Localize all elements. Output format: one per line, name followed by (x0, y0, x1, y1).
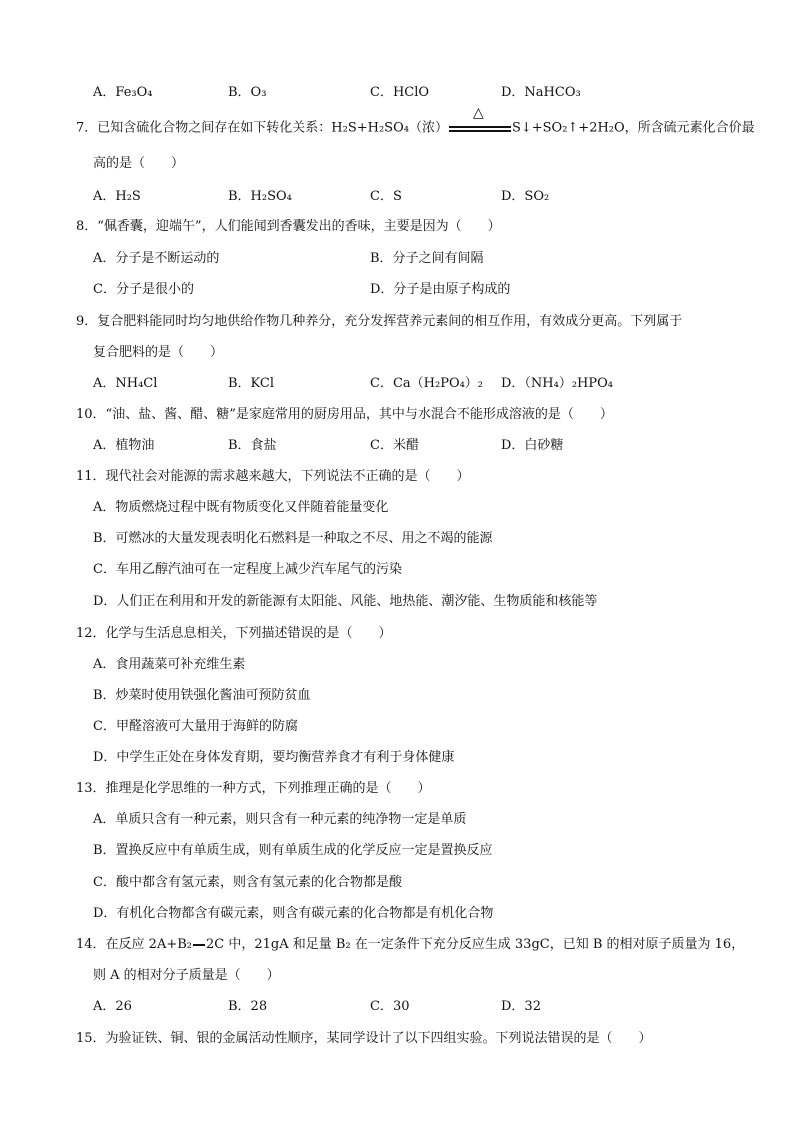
q14-option-a: A．26 (93, 999, 132, 1015)
q11-option-b: B．可燃冰的大量发现表明化石燃料是一种取之不尽、用之不竭的能源 (93, 531, 493, 547)
q8-option-a: A．分子是不断运动的 (93, 251, 219, 267)
q7-option-d: D．SO₂ (501, 189, 549, 205)
q10-stem: 10．“油、盐、酱、醋、糖”是家庭常用的厨房用品，其中与水混合不能形成溶液的是（… (76, 407, 613, 423)
q10-option-c: C．米醋 (370, 438, 419, 454)
delta-heat-icon: △ (473, 106, 484, 120)
q11-option-c: C．车用乙醇汽油可在一定程度上减少汽车尾气的污染 (93, 562, 402, 578)
q9-stem: 9．复合肥料能同时均匀地供给作物几种养分，充分发挥营养元素间的相互作用，有效成分… (76, 314, 682, 330)
q14-option-b: B．28 (228, 999, 267, 1015)
q14-stem: 14．在反应 2A+B₂2C 中，21gA 和足量 B₂ 在一定条件下充分反应生… (76, 937, 744, 953)
q7-option-c: C．S (370, 189, 402, 205)
q13-stem: 13．推理是化学思维的一种方式，下列推理正确的是（ ） (76, 781, 431, 797)
q15-stem: 15．为验证铁、铜、银的金属活动性顺序，某同学设计了以下四组实验。下列说法错误的… (76, 1031, 652, 1047)
q7-stem-cont: 高的是（ ） (93, 156, 184, 172)
q11-option-d: D．人们正在利用和开发的新能源有太阳能、风能、地热能、潮汐能、生物质能和核能等 (93, 594, 597, 610)
q7-stem-end: S↓+SO₂↑+2H₂O，所含硫元素化合价最 (512, 121, 755, 136)
q9-option-d: D．（NH₄）₂HPO₄ (501, 376, 613, 392)
q13-option-d: D．有机化合物都含有碳元素，则含有碳元素的化合物都是有机化合物 (93, 906, 493, 922)
q13-option-a: A．单质只含有一种元素，则只含有一种元素的纯净物一定是单质 (93, 812, 466, 828)
q13-option-b: B．置换反应中有单质生成，则有单质生成的化学反应一定是置换反应 (93, 843, 493, 859)
q14-stem-a: 14．在反应 2A+B₂ (76, 937, 192, 952)
q8-stem: 8．“佩香囊，迎端午”，人们能闻到香囊发出的香味，主要是因为（ ） (76, 219, 501, 235)
q9-option-b: B．KCl (228, 376, 274, 392)
q14-stem-b: 2C 中，21gA 和足量 B₂ 在一定条件下充分反应生成 33gC，已知 B … (206, 937, 744, 952)
reaction-equals-dash (193, 944, 205, 946)
q7-stem: 7．已知含硫化合物之间存在如下转化关系：H₂S+H₂SO₄（浓）△S↓+SO₂↑… (76, 120, 755, 137)
q12-option-c: C．甲醛溶液可大量用于海鲜的防腐 (93, 719, 298, 735)
q14-stem-cont: 则 A 的相对分子质量是（ ） (93, 968, 280, 984)
q7-stem-start: 7．已知含硫化合物之间存在如下转化关系：H₂S+H₂SO₄（浓） (76, 121, 448, 136)
q13-option-c: C．酸中都含有氢元素，则含有氢元素的化合物都是酸 (93, 875, 402, 891)
q9-stem-cont: 复合肥料的是（ ） (93, 345, 223, 361)
q11-option-a: A．物质燃烧过程中既有物质变化又伴随着能量变化 (93, 500, 388, 516)
q14-option-d: D．32 (501, 999, 541, 1015)
q8-option-d: D．分子是由原子构成的 (370, 282, 510, 298)
q12-option-d: D．中学生正处在身体发育期，要均衡营养食才有利于身体健康 (93, 750, 454, 766)
q8-option-c: C．分子是很小的 (93, 282, 194, 298)
q12-stem: 12．化学与生活息息相关，下列描述错误的是（ ） (76, 626, 392, 642)
q6-option-a: A．Fe₃O₄ (93, 85, 152, 101)
q11-stem: 11．现代社会对能源的需求越来越大，下列说法不正确的是（ ） (76, 469, 470, 485)
q9-option-c: C．Ca（H₂PO₄）₂ (370, 376, 483, 392)
q7-option-b: B．H₂SO₄ (228, 189, 292, 205)
q12-option-b: B．炒菜时使用铁强化酱油可预防贫血 (93, 688, 311, 704)
q12-option-a: A．食用蔬菜可补充维生素 (93, 657, 245, 673)
q6-option-d: D．NaHCO₃ (501, 85, 581, 101)
reaction-heat-arrow: △ (449, 120, 511, 136)
q14-option-c: C．30 (370, 999, 410, 1015)
q9-option-a: A．NH₄Cl (93, 376, 157, 392)
q10-option-d: D．白砂糖 (501, 438, 563, 454)
q7-option-a: A．H₂S (93, 189, 141, 205)
q8-option-b: B．分子之间有间隔 (370, 251, 484, 267)
q10-option-b: B．食盐 (228, 438, 277, 454)
q6-option-c: C．HClO (370, 85, 429, 101)
q10-option-a: A．植物油 (93, 438, 154, 454)
q6-option-b: B．O₃ (228, 85, 266, 101)
